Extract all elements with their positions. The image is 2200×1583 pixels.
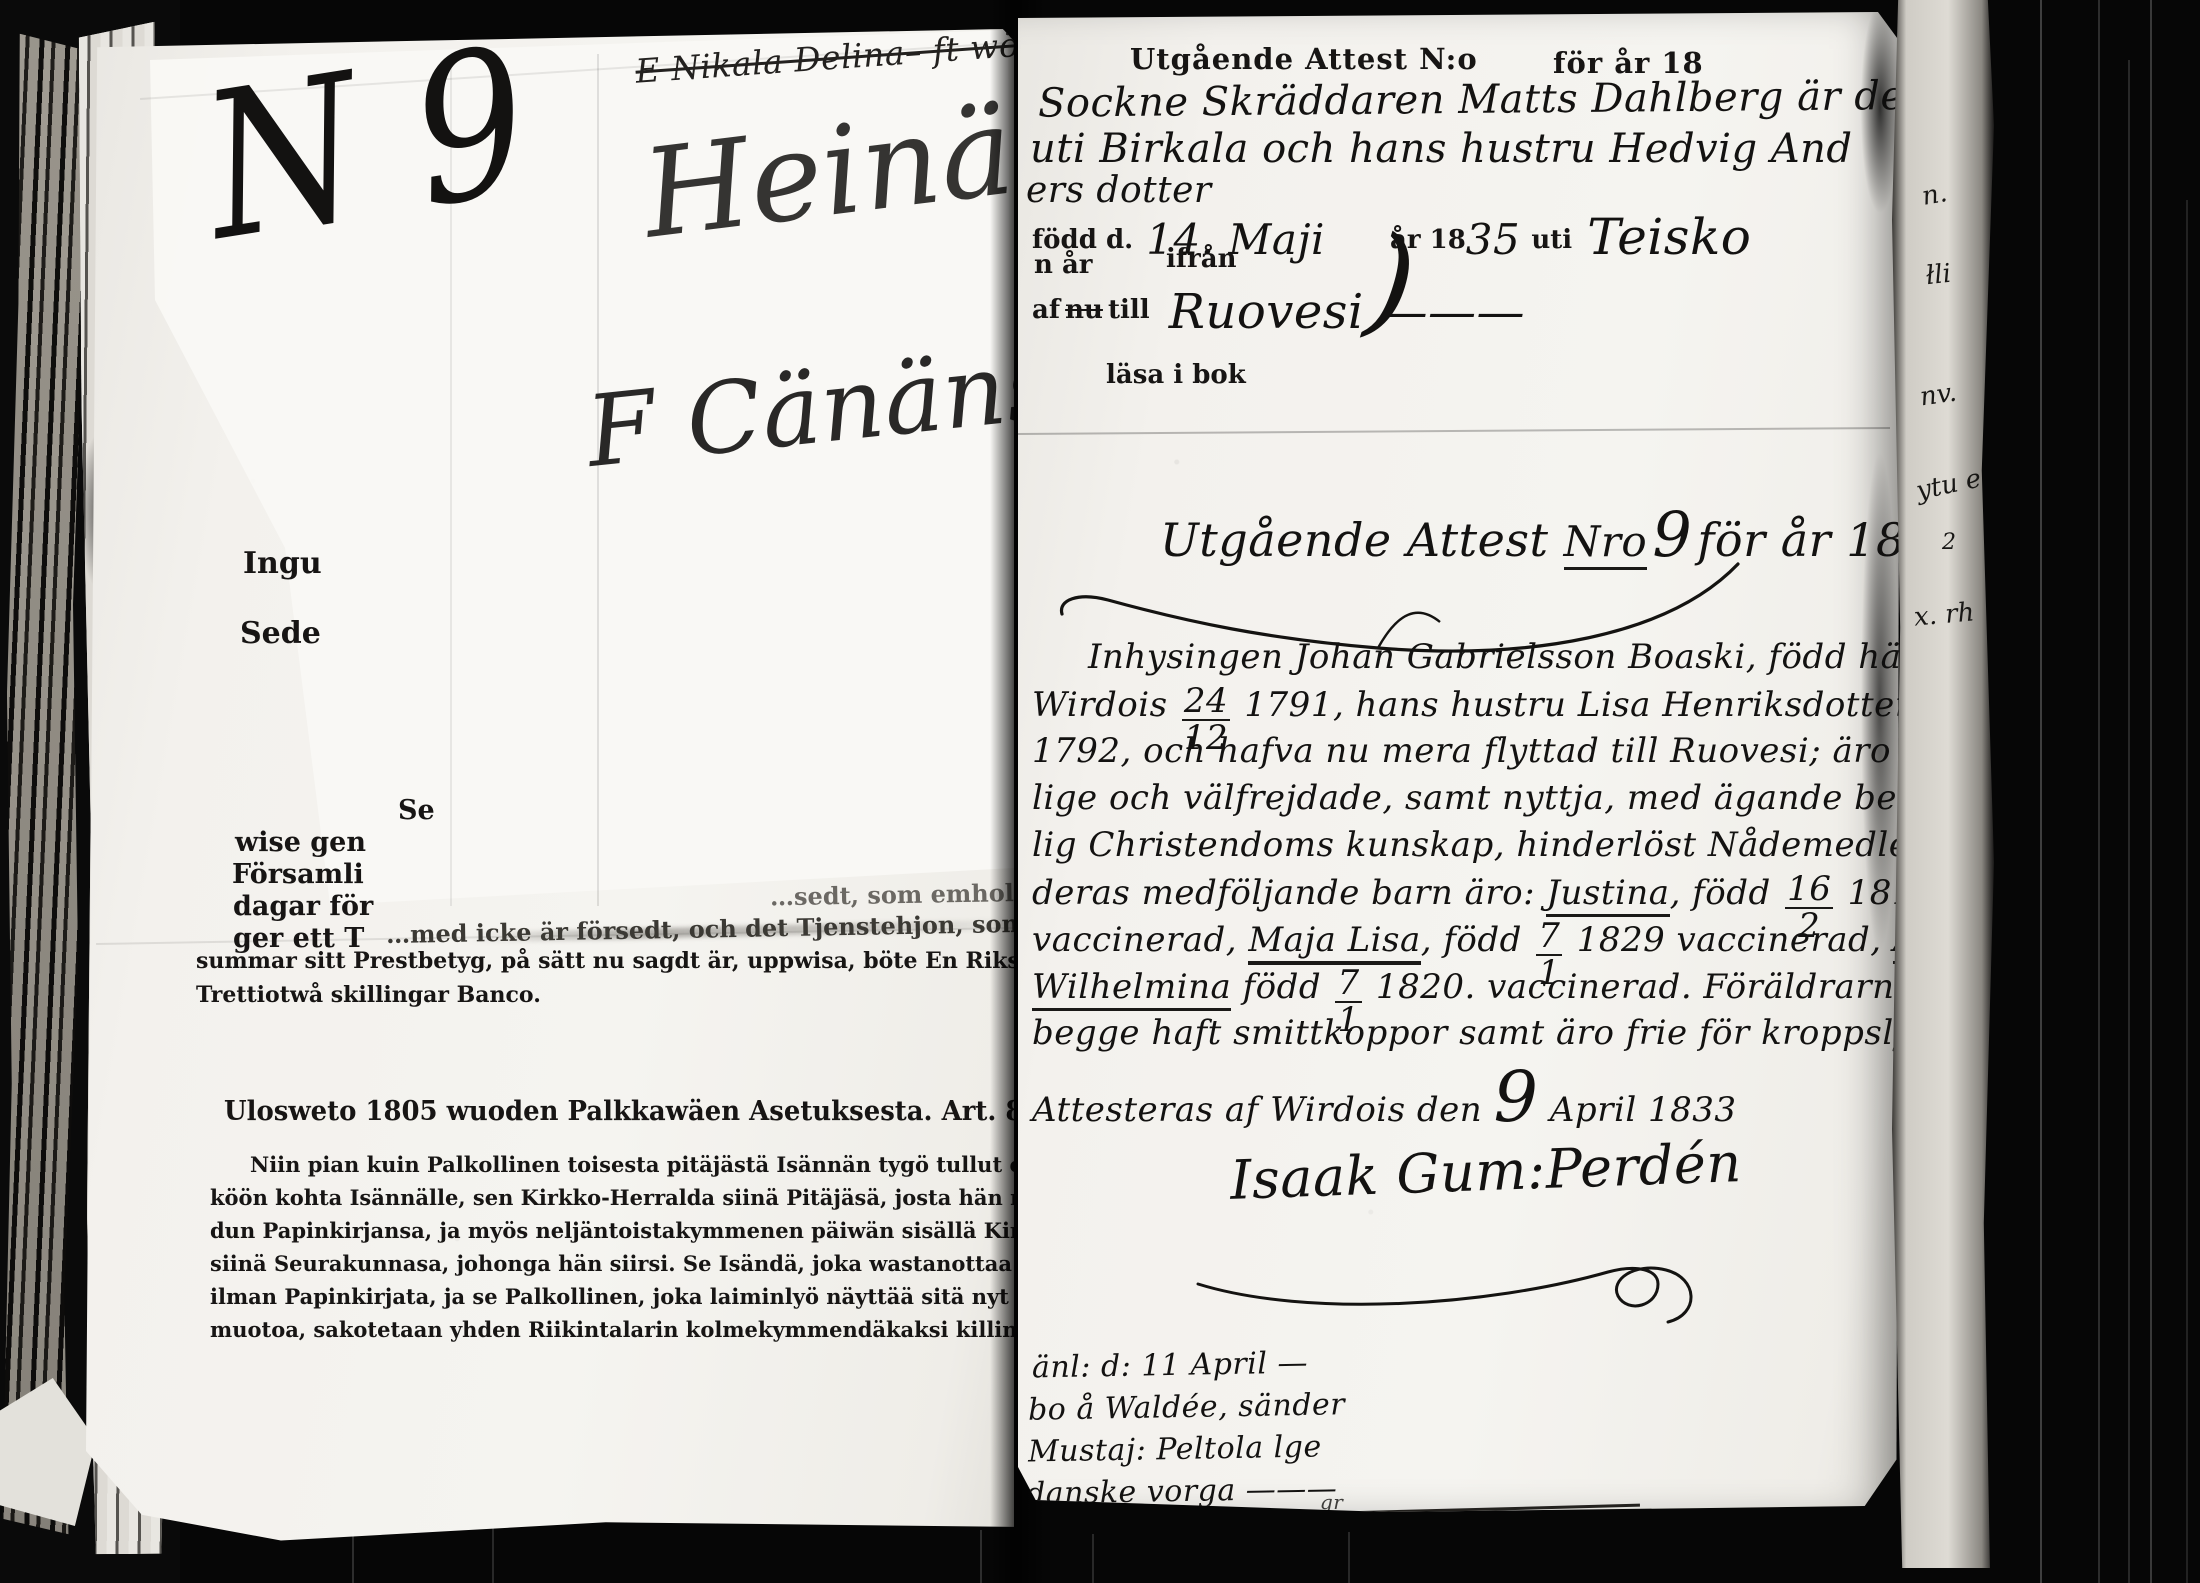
scan-artifact-line (2098, 0, 2100, 1583)
scan-artifact-line (2128, 60, 2130, 1583)
printed-fragment: Församli (232, 859, 364, 890)
to-label-struck: nu (1065, 295, 1103, 325)
body-text: vaccinerad, (1032, 920, 1248, 960)
clerk-mark: gr (1320, 1490, 1343, 1512)
scan-artifact-line (492, 1528, 494, 1583)
attest-body-line: lige och välfrejdade, samt nyttja, med ä… (1032, 778, 1900, 818)
edge-fragment: n. (1920, 178, 1950, 212)
printed-line: summar sitt Prestbetyg, på sätt nu sagdt… (196, 948, 1014, 974)
birth-year-handwritten: 35 (1466, 215, 1520, 264)
birth-place-label: uti (1531, 225, 1572, 255)
edge-stain (1844, 12, 1900, 332)
destination-line: af nu till Ruovesi ——— (1032, 284, 1525, 340)
body-text: 1791, hans hustru Lisa Henriksdotter, fö… (1233, 685, 1900, 725)
statute-line: Niin pian kuin Palkollinen toisesta pitä… (250, 1152, 1014, 1177)
clerk-note: bo å Waldée, sänder (1028, 1387, 1346, 1428)
to-label: af (1032, 295, 1060, 325)
body-text: 1820. vaccinerad. Föräldrarne hafva (1365, 967, 1900, 1007)
body-text: Attesteras af Wirdois den (1032, 1090, 1494, 1130)
fraction-numerator: 24 (1182, 684, 1230, 721)
edge-fragment: nv. (1918, 378, 1958, 413)
scan-artifact-line (352, 1532, 354, 1583)
clerk-note: änl: d: 11 April — (1032, 1346, 1309, 1386)
scan-artifact-line (980, 1530, 982, 1583)
statute-line: köön kohta Isännälle, sen Kirkko-Herrald… (210, 1185, 1014, 1210)
printed-fragment: Sede (240, 616, 321, 651)
printed-fragment: Se (398, 795, 435, 826)
statute-heading: Ulosweto 1805 wuoden Palkkawäen Asetukse… (224, 1096, 1014, 1127)
birth-place-handwritten: Teisko (1587, 208, 1751, 266)
attestation-line: Attesteras af Wirdois den 9 April 1833 (1032, 1056, 1737, 1138)
scan-artifact-line (1092, 1534, 1094, 1583)
form-rule (1018, 427, 1890, 435)
signature-flourish (1188, 1222, 1728, 1332)
printed-fragment: Ingu (243, 546, 322, 581)
form-label-read: läsa i bok (1106, 360, 1246, 390)
child-name: Wilhelmina (1032, 967, 1231, 1011)
printed-fragment: dagar för (233, 891, 373, 922)
edge-fragment: łli (1925, 259, 1953, 291)
attest-body-line: Inhysingen Johan Gabrielsson Boaski, föd… (1088, 637, 1900, 677)
edge-fragment: ytu e (1914, 464, 1984, 507)
body-text: Wirdois (1032, 685, 1179, 725)
big-nine: 9 (1494, 1056, 1539, 1138)
destination-handwritten: Ruovesi ——— (1169, 284, 1525, 340)
statute-line: ilman Papinkirjata, ja se Palkollinen, j… (210, 1284, 1014, 1309)
right-page: Utgående Attest N:o för år 18 Sockne Skr… (1018, 12, 1900, 1512)
torn-margin-strip: n. łli nv. ytu e 2 x. rh (1892, 0, 1994, 1568)
scan-artifact-line (2186, 200, 2188, 1583)
form-title: Utgående Attest N:o (1130, 42, 1478, 76)
scan-artifact-line (2150, 0, 2152, 1583)
bottom-stroke (1310, 1504, 1640, 1512)
scan-artifact-line (2040, 0, 2042, 1583)
body-text: , född (1421, 920, 1534, 960)
left-page: N 9 E Nikala Delina– ft wölthh Heinämä F… (86, 26, 1014, 1542)
body-text: deras medföljande barn äro: (1032, 873, 1546, 913)
fraction-numerator: 16 (1785, 872, 1833, 909)
form-label-year: n år (1034, 250, 1093, 280)
book-scan: N 9 E Nikala Delina– ft wölthh Heinämä F… (0, 0, 2200, 1583)
fill-line: uti Birkala och hans hustru Hedvig And (1030, 126, 1853, 172)
edge-fragment: x. rh (1913, 597, 1976, 632)
fraction-numerator: 7 (1536, 919, 1562, 956)
child-name: Justina (1546, 873, 1669, 917)
clerk-note: Mustaj: Peltola lge (1028, 1429, 1322, 1469)
smudged-line: …med icke är försedt, och det Tjenstehjo… (386, 908, 1014, 949)
signature: Isaak Gum:Perdén (1229, 1131, 1743, 1212)
statute-line: dun Papinkirjansa, ja myös neljäntoistak… (210, 1218, 1014, 1243)
attest-body-line: lig Christendoms kunskap, hinderlöst Nåd… (1032, 825, 1900, 865)
fill-line: ers dotter (1026, 170, 1212, 211)
scan-artifact-line (1348, 1532, 1350, 1583)
to-label2: till (1108, 295, 1150, 325)
printed-fragment: wise gen (235, 827, 366, 858)
attest-body-line: begge haft smittkoppor samt äro frie för… (1032, 1013, 1900, 1053)
smudged-fragment: …sedt, som emhol… (770, 878, 1014, 912)
body-text: April 1833 (1539, 1090, 1737, 1130)
edge-fragment: 2 (1942, 530, 1956, 555)
fraction-numerator: 7 (1335, 966, 1361, 1003)
edge-stain (1838, 352, 1900, 1052)
statute-line: muotoa, sakotetaan yhden Riikintalarin k… (210, 1317, 1014, 1342)
fill-line: Sockne Skräddaren Matts Dahlberg är den … (1038, 71, 1900, 126)
printed-line: Trettiotwå skillingar Banco. (196, 982, 541, 1008)
form-label-from: ifrån (1166, 244, 1237, 274)
clerk-note: danske vorga ——— (1026, 1471, 1338, 1511)
statute-line: siinä Seurakunnasa, johonga hän siirsi. … (210, 1251, 1014, 1276)
child-name: Maja Lisa (1248, 920, 1420, 965)
body-text: , född (1670, 873, 1783, 913)
attest-body-line: 1792, och hafva nu mera flyttad till Ruo… (1032, 731, 1900, 771)
body-text: född (1231, 967, 1332, 1007)
